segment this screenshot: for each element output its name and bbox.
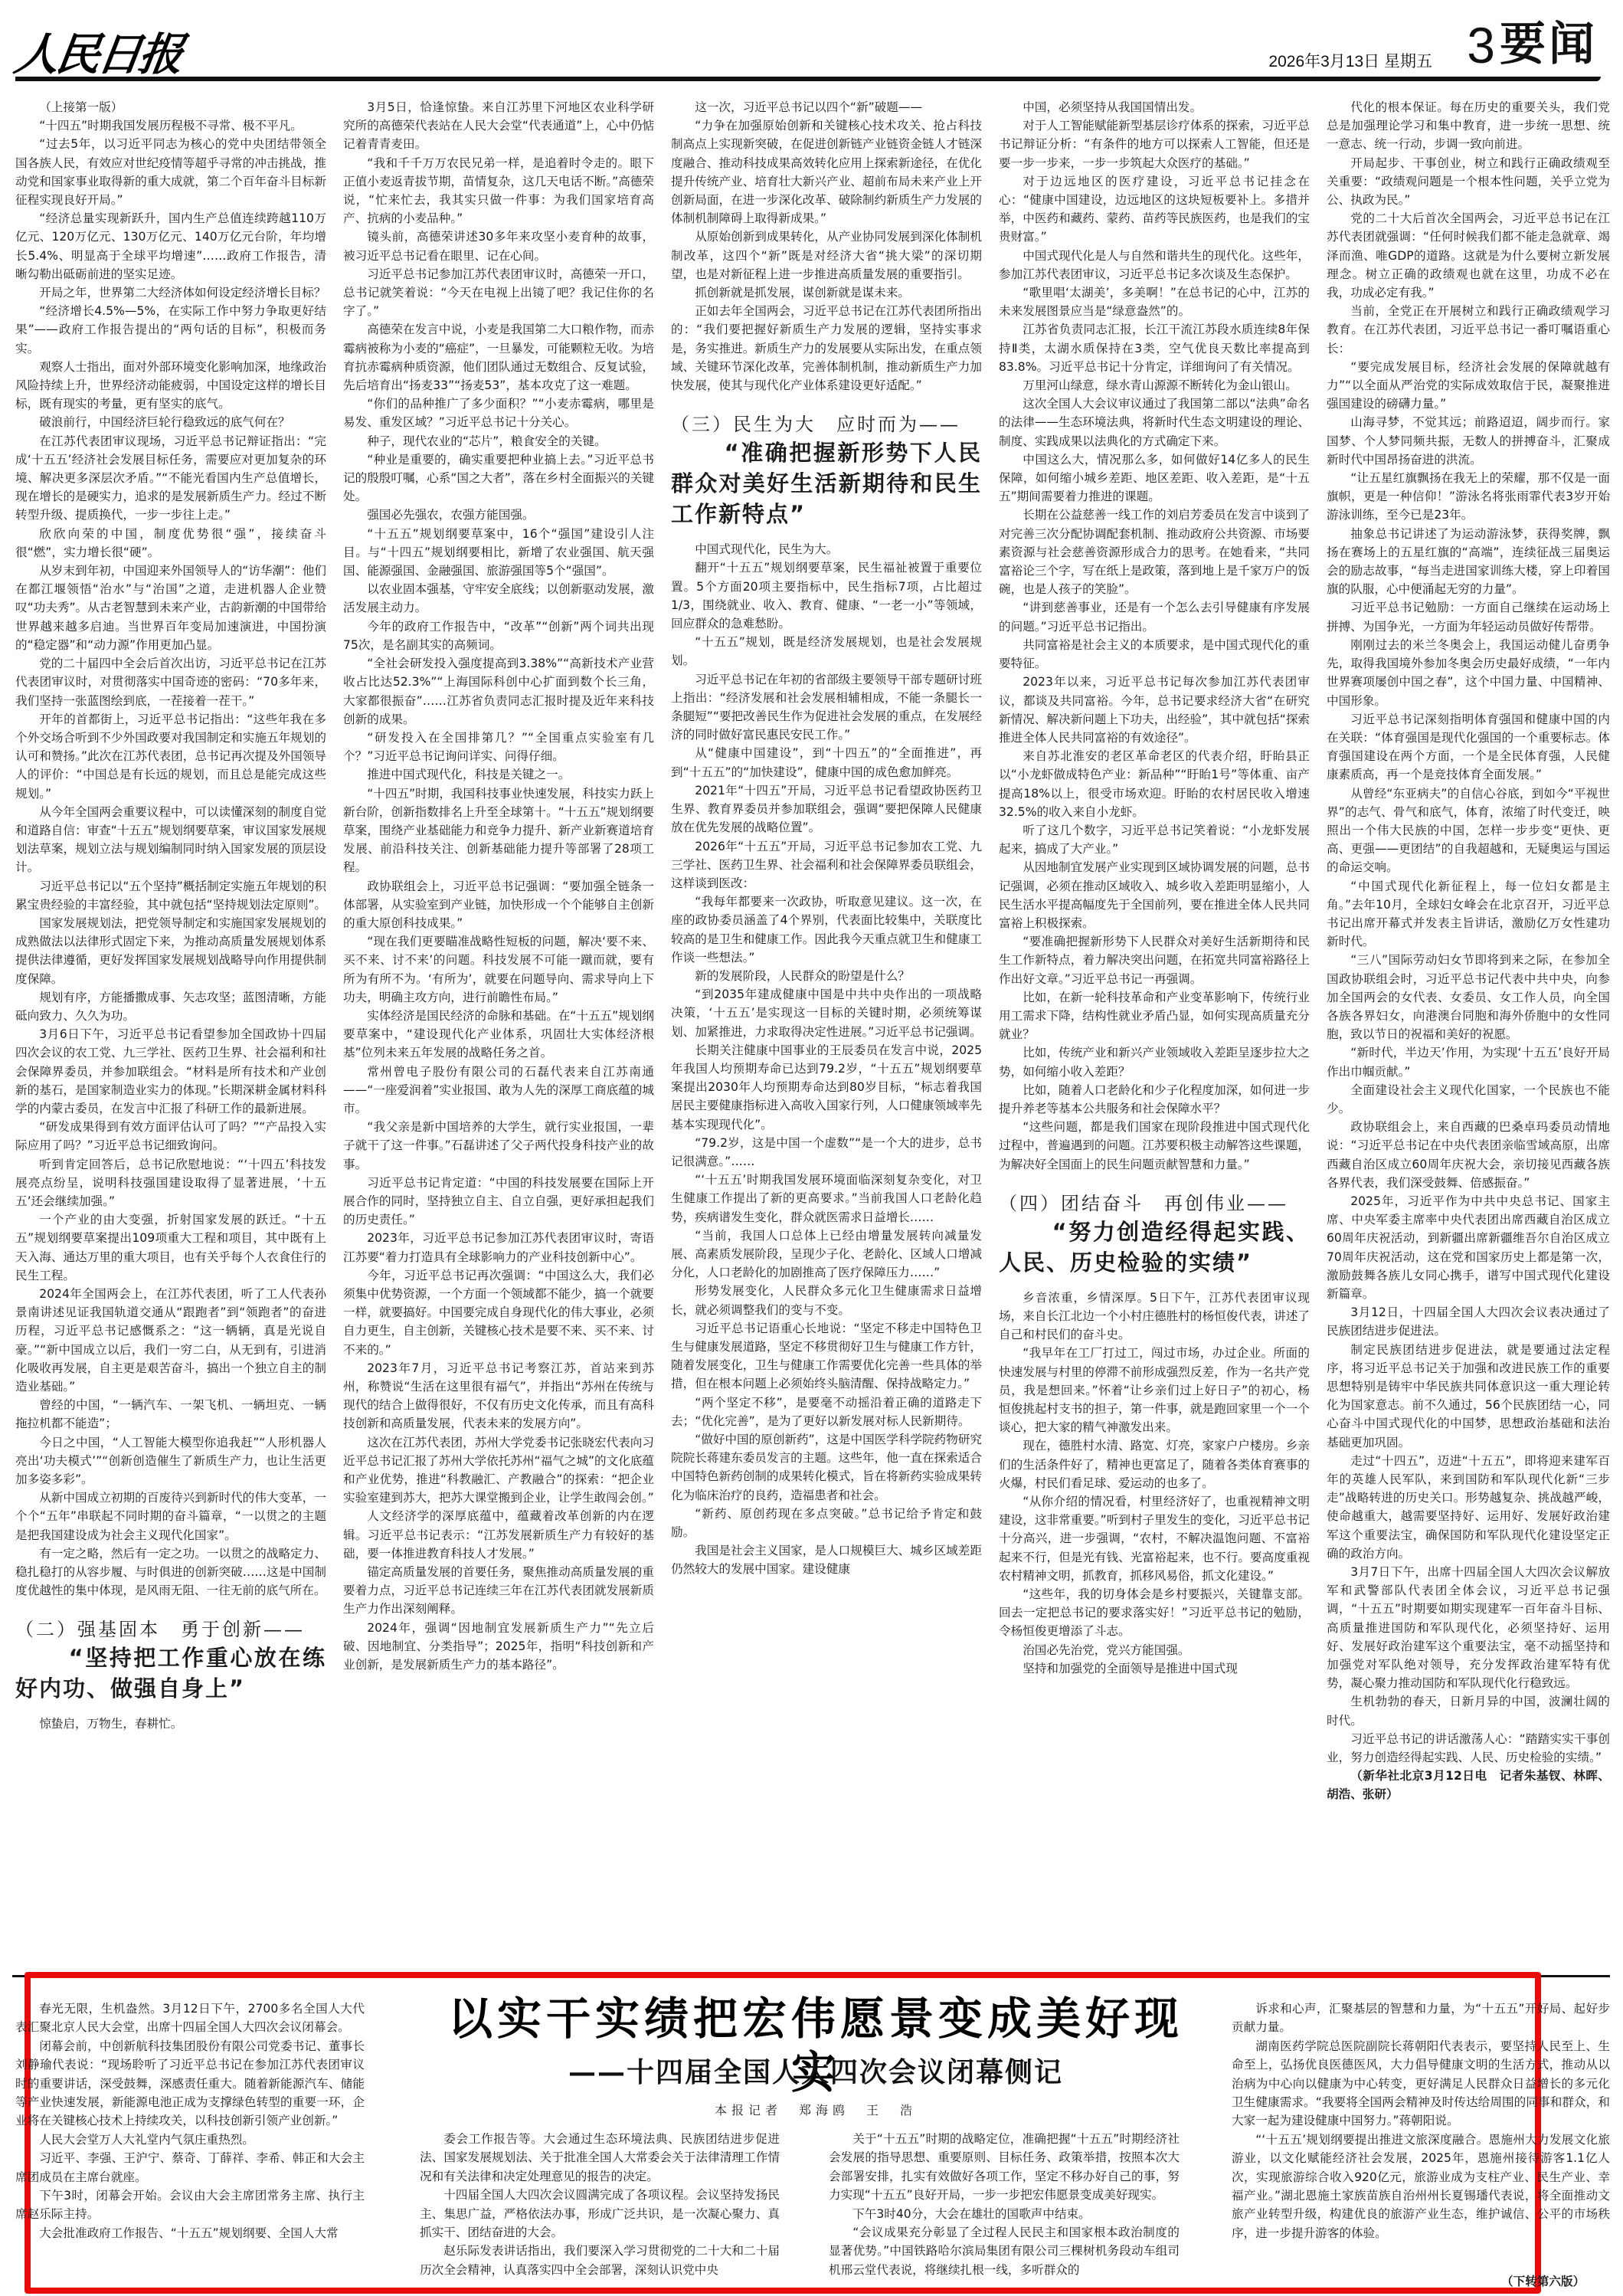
- paragraph: 从今年全国两会重要议程中，可以读懂深刻的制度自觉和道路自信：审查“十五五”规划纲…: [15, 803, 326, 877]
- feature-column-4: 诉求和心声，汇聚基层的智慧和力量，为“十五五”开好局、起好步贡献力量。湖南医药学…: [1232, 2000, 1610, 2291]
- paragraph: “研发成果得到有效方面评估认可了吗？”“产品投入实际应用了吗？”习近平总书记细致…: [15, 1118, 326, 1155]
- paragraph: “让五星红旗飘扬在我无上的荣耀，那不仅是一面旗帜，更是一种信仰！”游泳名将张雨霏…: [1327, 469, 1610, 525]
- paragraph: 来自苏北淮安的老区革命老区的代表介绍，盱眙县正以“小龙虾做成特色产业：新品种”“…: [999, 747, 1310, 821]
- feature-subtitle: ——十四届全国人大四次会议闭幕侧记: [429, 2055, 1203, 2090]
- paragraph: 对于人工智能赋能新型基层诊疗体系的探索，习近平总书记辩证分析：“有条件的地方可以…: [999, 116, 1310, 172]
- paragraph: 锚定高质量发展的首要任务，聚焦推动高质量发展的重要着力点，习近平总书记连续三年在…: [343, 1563, 654, 1619]
- paragraph: “现在我们更要瞄准战略性短板的问题，解决‘要不来、买不来、讨不来’的问题。科技发…: [343, 932, 654, 1007]
- paragraph: 2023年以来，习近平总书记每次参加江苏代表团审议，都谈及共同富裕。今年，总书记…: [999, 673, 1310, 747]
- paragraph: “这些问题，都是我们国家在现阶段推进中国式现代化过程中，普遍遇到的问题。江苏要积…: [999, 1118, 1310, 1174]
- section-3-title: “准确把握新形势下人民群众对美好生活新期待和民生工作新特点”: [671, 437, 982, 529]
- section-3-heading: （三）民生为大 应时而为—— “准确把握新形势下人民群众对美好生活新期待和民生工…: [671, 411, 982, 529]
- paragraph: 听到肯定回答后，总书记欣慰地说：“‘十四五’科技发展亮点纷呈，说明科技强国建设取…: [15, 1155, 326, 1211]
- paragraph: 乡音浓重，乡情深厚。5日下午，江苏代表团审议现场，来自长江北边一个小村庄德胜村的…: [999, 1289, 1310, 1345]
- paragraph: 从因地制宜发展产业实现到区域协调发展的问题，总书记强调，必须在推动区域收入、城乡…: [999, 858, 1310, 932]
- paragraph: 比如，传统产业和新兴产业领域收入差距呈逐步拉大之势，如何缩小收入差距？: [999, 1043, 1310, 1080]
- column-4-body: 中国，必须坚持从我国国情出发。对于人工智能赋能新型基层诊疗体系的探索，习近平总书…: [999, 98, 1310, 1174]
- paragraph: “十五五”规划纲要草案中，16个“强国”建设引人注目。与“十四五”规划纲要相比，…: [343, 525, 654, 581]
- paragraph: “我父亲是新中国培养的大学生，就行实业报国，一辈子就干了这一件事。”石磊讲述了父…: [343, 1118, 654, 1174]
- paragraph: 诉求和心声，汇聚基层的智慧和力量，为“十五五”开好局、起好步贡献力量。: [1232, 2000, 1610, 2037]
- paragraph: 2023年7月，习近平总书记考察江苏，首站来到苏州，称赞说“生活在这里很有福气”…: [343, 1359, 654, 1433]
- feature-column-3: 关于“十五五”时期的战略定位，准确把握“十五五”时期经济社会发展的指导思想、重要…: [829, 2130, 1180, 2291]
- paragraph: 从原始创新到成果转化，从产业协同发展到深化体制机制改革，这四个“新”既是对经济大…: [671, 228, 982, 283]
- paragraph: 2026年“十五五”开局，习近平总书记参加农工党、九三学社、医药卫生界、社会福利…: [671, 837, 982, 893]
- paragraph: 抓创新就是抓发展，谋创新就是谋未来。: [671, 283, 982, 302]
- paragraph: 春光无限，生机盎然。3月12日下午，2700多名全国人大代表汇聚北京人民大会堂，…: [15, 2000, 365, 2037]
- masthead-rule: [15, 77, 1601, 81]
- section-2-title: “坚持把工作重心放在练好内功、做强自身上”: [15, 1643, 326, 1704]
- paragraph: “两个坚定不移”，是要毫不动摇沿着正确的道路走下去；“优化完善”，是为了更好以新…: [671, 1394, 982, 1430]
- paragraph: （上接第一版）: [15, 98, 326, 116]
- paragraph: 习近平、李强、王沪宁、蔡奇、丁薛祥、李希、韩正和大会主席团成员在主席台就座。: [15, 2149, 365, 2186]
- paragraph: “三八”国际劳动妇女节即将到来之际，在参加全国政协联组会时，习近平总书记代表中共…: [1327, 951, 1610, 1043]
- paragraph: 3月7日下午，出席十四届全国人大四次会议解放军和武警部队代表团全体会议，习近平总…: [1327, 1563, 1610, 1692]
- paragraph: “我每年都要来一次政协，听取意见建议。这一次，在座的政协委员涵盖了4个界别，代表…: [671, 893, 982, 967]
- paragraph: “会议成果充分彰显了全过程人民民主和国家根本政治制度的显著优势。”中国铁路哈尔滨…: [829, 2223, 1180, 2279]
- paragraph: 强国必先强农，农强方能国强。: [343, 506, 654, 524]
- paragraph: 坚持和加强党的全面领导是推进中国式现: [999, 1659, 1310, 1678]
- paragraph: 高德荣在发言中说，小麦是我国第二大口粮作物，而赤霉病被称为小麦的“癌症”，一旦暴…: [343, 320, 654, 395]
- paragraph: “全社会研发投入强度提高到3.38%”“高新技术产业营收占比达52.3%”“上海…: [343, 654, 654, 729]
- paragraph: 种子，现代农业的“芯片”，粮食安全的关键。: [343, 432, 654, 450]
- paragraph: 欣欣向荣的中国，制度优势很“强”，接续奋斗很“燃”，实力增长很“硬”。: [15, 525, 326, 562]
- paragraph: 正如去年全国两会，习近平总书记在江苏代表团所指出的：“我们要把握好新质生产力发展…: [671, 302, 982, 395]
- paragraph: 3月5日，恰逢惊蛰。来自江苏里下河地区农业科学研究所的高德荣代表站在人民大会堂“…: [343, 98, 654, 154]
- paragraph: 长期关注健康中国事业的王辰委员在发言中说，2025年我国人均预期寿命已达到79.…: [671, 1041, 982, 1134]
- paragraph: 从新中国成立初期的百废待兴到新时代的伟大变革，一个个“五年”串联起不同时期的奋斗…: [15, 1489, 326, 1544]
- paragraph: 江苏省负责同志汇报，长江干流江苏段水质连续8年保持Ⅱ类，太湖水质保持在3类，空气…: [999, 320, 1310, 376]
- paragraph: 政协联组会上，来自西藏的巴桑卓玛委员动情地说：“习近平总书记在中央代表团亲临雪域…: [1327, 1118, 1610, 1192]
- column-1-body: （上接第一版）“十四五”时期我国发展历程极不寻常、极不平凡。“过去5年，以习近平…: [15, 98, 326, 1600]
- paragraph: 习近平总书记肯定道：“中国的科技发展要在国际上开展合作的同时，坚持独立自主、自立…: [343, 1174, 654, 1230]
- paragraph: 以农业固本强基，守牢安全底线；以创新驱动发展，激活发展主动力。: [343, 580, 654, 617]
- paragraph: 开局之年，世界第二大经济体如何设定经济增长目标？: [15, 283, 326, 302]
- paragraph: 人民大会堂万人大礼堂内气氛庄重热烈。: [15, 2131, 365, 2149]
- paragraph: 习近平总书记参加江苏代表团审议时，高德荣一开口，总书记就笑着说：“今天在电视上出…: [343, 265, 654, 321]
- article-credit: （新华社北京3月12日电 记者朱基钗、林晖、胡浩、张研）: [1327, 1767, 1610, 1803]
- paragraph: 习近平总书记勉励：一方面自己继续在运动场上拼搏、为国争光，一方面为年轻运动员做好…: [1327, 598, 1610, 635]
- paragraph: 代化的根本保证。每在历史的重要关头，我们党总是加强理论学习和集中教育，进一步统一…: [1327, 98, 1610, 154]
- section-2-heading: （二）强基固本 勇于创新—— “坚持把工作重心放在练好内功、做强自身上”: [15, 1616, 326, 1704]
- paragraph: 我国是社会主义国家，是人口规模巨大、城乡区域差距仍然较大的发展中国家。建设健康: [671, 1541, 982, 1578]
- paragraph: “种业是重要的，确实重要把种业搞上去。”习近平总书记的殷殷叮嘱，心系“国之大者”…: [343, 450, 654, 506]
- paragraph: 党的二十大后首次全国两会，习近平总书记在江苏代表团就强调：“任何时候我们都不能走…: [1327, 209, 1610, 302]
- article-column-1: （上接第一版）“十四五”时期我国发展历程极不寻常、极不平凡。“过去5年，以习近平…: [15, 98, 326, 1952]
- paragraph: 习近平总书记深刻指明体育强国和健康中国的内在关联：“体育强国是现代化强国的一个重…: [1327, 710, 1610, 784]
- newspaper-logo: 人民日报: [11, 18, 185, 83]
- paragraph: “中国式现代化新征程上，每一位妇女都是主角。”去年10月，全球妇女峰会在北京召开…: [1327, 877, 1610, 951]
- paragraph: 听了这几个数字，习近平总书记笑着说：“小龙虾发展起来，搞成了大产业。”: [999, 821, 1310, 858]
- masthead: 人民日报 2026年3月13日 星期五 3 要闻: [15, 15, 1608, 78]
- paragraph: 2024年，强调“因地制宜发展新质生产力”“先立后破、因地制宜、分类指导”；20…: [343, 1619, 654, 1675]
- continued-on-page-6: （下转第六版）: [1501, 2272, 1608, 2292]
- paragraph: 走过“十四五”，迈进“十五五”，即将迎来建军百年的英雄人民军队，来到国防和军队现…: [1327, 1452, 1610, 1563]
- paragraph: “力争在加强原始创新和关键核心技术攻关、抢占科技制高点上实现新突破，在促进创新链…: [671, 116, 982, 228]
- paragraph: 今年，习近平总书记再次强调：“中国这么大，我们必须集中优势资源，一个方面一个领域…: [343, 1266, 654, 1359]
- paragraph: 镜头前，高德荣讲述30多年来攻坚小麦育种的故事，被习近平总书记看在眼里、记在心间…: [343, 228, 654, 264]
- paragraph: 2023年，习近平总书记参加江苏代表团审议时，寄语江苏要“着力打造具有全球影响力…: [343, 1229, 654, 1266]
- paragraph: “经济总量实现新跃升，国内生产总值连续跨越110万亿元、120万亿元、130万亿…: [15, 209, 326, 283]
- paragraph: “要完成发展目标，经济社会发展的保障就越有力”“以全面从严治党的实际成效取信于民…: [1327, 358, 1610, 414]
- paragraph: 新的发展阶段，人民群众的盼望是什么？: [671, 967, 982, 985]
- paragraph: 生机勃勃的春天，日新月异的中国，波澜壮阔的时代。: [1327, 1692, 1610, 1729]
- paragraph: 下午3时，闭幕会开始。会议由大会主席团常务主席、执行主席赵乐际主持。: [15, 2186, 365, 2224]
- paragraph: 国家发展规划法，把党领导制定和实施国家发展规划的成熟做法以法律形式固定下来，为推…: [15, 914, 326, 988]
- paragraph: 这次全国人大会议审议通过了我国第二部以“法典”命名的法律——生态环境法典，将新时…: [999, 395, 1310, 450]
- paragraph: “‘十五五’时期我国发展环境面临深刻复杂变化，对卫生健康工作提出了新的更高要求。…: [671, 1171, 982, 1227]
- paragraph: 翻开“十五五”规划纲要草案，民生福祉被置于重要位置。5个方面20项主要指标中，民…: [671, 558, 982, 633]
- section-2-kicker: （二）强基固本 勇于创新——: [15, 1616, 326, 1643]
- paragraph: 习近平总书记在年初的省部级主要领导干部专题研讨班上指出：“经济发展和社会发展相辅…: [671, 670, 982, 745]
- paragraph: “十五五”规划，既是经济发展规划，也是社会发展规划。: [671, 633, 982, 670]
- paragraph: “讲到慈善事业，还是有一个怎么去引导健康有序发展的问题。”习近平总书记指出。: [999, 598, 1310, 635]
- article-column-3: 这一次，习近平总书记以四个“新”破题——“力争在加强原始创新和关键核心技术攻关、…: [671, 98, 982, 1967]
- paragraph: 3月6日下午，习近平总书记看望参加全国政协十四届四次会议的农工党、九三学社、医药…: [15, 1025, 326, 1118]
- feature-column-2: 委会工作报告等。大会通过生态环境法典、民族团结进步促进法、国家发展规划法、关于批…: [420, 2130, 780, 2291]
- paragraph: 当前，全党正在开展树立和践行正确政绩观学习教育。在江苏代表团，习近平总书记一番叮…: [1327, 302, 1610, 358]
- paragraph: 开年的首都街上，习近平总书记指出：“这些年我在多个外交场合听到不少外国政要对我国…: [15, 710, 326, 803]
- paragraph: 人文经济学的深厚底蕴中，蕴藏着改革创新的内在逻辑。习近平总书记表示：“江苏发展新…: [343, 1507, 654, 1563]
- paragraph: 开局起步、干事创业，树立和践行正确政绩观至关重要：“政绩观问题是一个根本性问题，…: [1327, 154, 1610, 210]
- feature-byline: 本报记者 郑海鸥 王 浩: [429, 2101, 1203, 2118]
- paragraph: 2021年“十四五”开局，习近平总书记看望政协医药卫生界、教育界委员并参加联组会…: [671, 781, 982, 837]
- paragraph: 下午3时40分，大会在雄壮的国歌声中结束。: [829, 2205, 1180, 2223]
- column-4-after-heading: 乡音浓重，乡情深厚。5日下午，江苏代表团审议现场，来自长江北边一个小村庄德胜村的…: [999, 1289, 1310, 1678]
- paragraph: 从岁末到年初，中国迎来外国领导人的“访华潮”：他们在都江堰领悟“治水”与“治国”…: [15, 562, 326, 654]
- feature-column-1: 春光无限，生机盎然。3月12日下午，2700多名全国人大代表汇聚北京人民大会堂，…: [15, 2000, 365, 2291]
- paragraph: “我早年在工厂打过工，闯过市场，办过企业。所面的快速发展与村里的停滞不前形成强烈…: [999, 1344, 1310, 1436]
- paragraph: “十四五”时期，我国科技事业快速发展，科技实力跃上新台阶，创新指数排名上升至全球…: [343, 784, 654, 877]
- paragraph: 今年的政府工作报告中，“改革”“创新”两个词共出现75次，是名副其实的高频词。: [343, 617, 654, 654]
- paragraph: 实体经济是国民经济的命脉和基础。在“十五五”规划纲要草案中，“建设现代化产业体系…: [343, 1007, 654, 1063]
- paragraph: “你们的品种推广了多少面积？”“小麦赤霉病，哪里是易发、重发区域？”习近平总书记…: [343, 395, 654, 431]
- paragraph: 一个产业的由大变强，折射国家发展的跃迁。“十五五”规划纲要草案提出109项重大工…: [15, 1210, 326, 1285]
- paragraph: 2024年全国两会上，在江苏代表团，听了工人代表孙景南讲述见证我国轨道交通从“跟…: [15, 1285, 326, 1396]
- paragraph: 制定民族团结进步促进法，就是要通过法定程序，将习近平总书记关于加强和改进民族工作…: [1327, 1341, 1610, 1452]
- paragraph: 规划有序，方能播撒成事、矢志攻坚；蓝图清晰，方能砥向致力、久久为功。: [15, 988, 326, 1025]
- article-column-2: 3月5日，恰逢惊蛰。来自江苏里下河地区农业科学研究所的高德荣代表站在人民大会堂“…: [343, 98, 654, 1967]
- column-2-body: 3月5日，恰逢惊蛰。来自江苏里下河地区农业科学研究所的高德荣代表站在人民大会堂“…: [343, 98, 654, 1674]
- paragraph: 赵乐际发表讲话指出，我们要深入学习贯彻党的二十大和二十届历次全会精神，认真落实四…: [420, 2242, 780, 2279]
- paragraph: “新药、原创药现在多点突破。”总书记给予肯定和鼓励。: [671, 1505, 982, 1541]
- paragraph: 破浪前行，中国经济巨轮行稳致远的底气何在？: [15, 413, 326, 431]
- section-4-title: “努力创造经得起实践、人民、历史检验的实绩”: [999, 1217, 1310, 1278]
- paragraph: “当前，我国人口总体上已经由增量发展转向减量发展、高素质发展阶段，呈现少子化、老…: [671, 1227, 982, 1282]
- paragraph: “这些年，我的切身体会是乡村要振兴，关键靠支部。回去一定把总书记的要求落实好！”…: [999, 1585, 1310, 1641]
- section-4-heading: （四）团结奋斗 再创伟业—— “努力创造经得起实践、人民、历史检验的实绩”: [999, 1191, 1310, 1278]
- paragraph: 委会工作报告等。大会通过生态环境法典、民族团结进步促进法、国家发展规划法、关于批…: [420, 2130, 780, 2186]
- paragraph: 习近平总书记语重心长地说：“坚定不移走中国特色卫生与健康发展道路，坚定不移贯彻好…: [671, 1319, 982, 1394]
- paragraph: 中国式现代化，民生为大。: [671, 540, 982, 558]
- paragraph: 观察人士指出，面对外部环境变化影响加深，地缘政治风险持续上升，世界经济动能疲弱，…: [15, 358, 326, 414]
- paragraph: 中国这么大，情况那么多，如何做好14亿多人的民生保障，如何缩小城乡差距、地区差距…: [999, 450, 1310, 506]
- paragraph: 从曾经“东亚病夫”的自信心谷底，到如今“平视世界”的志气、骨气和底气，体育，浓缩…: [1327, 784, 1610, 877]
- section-3-kicker: （三）民生为大 应时而为——: [671, 411, 982, 437]
- paragraph: 治国必先治党，党兴方能国强。: [999, 1641, 1310, 1659]
- paragraph: “十四五”时期我国发展历程极不寻常、极不平凡。: [15, 116, 326, 135]
- paragraph: 大会批准政府工作报告、“十五五”规划纲要、全国人大常: [15, 2224, 365, 2242]
- column-1-after-heading: 惊蛰启，万物生，春耕忙。: [15, 1715, 326, 1733]
- paragraph: 习近平总书记的讲话激荡人心：“踏踏实实干事创业，努力创造经得起实践、人民、历史检…: [1327, 1730, 1610, 1767]
- paragraph: 中国，必须坚持从我国国情出发。: [999, 98, 1310, 116]
- paragraph: 推进中国式现代化，科技是关键之一。: [343, 765, 654, 784]
- paragraph: 比如，在新一轮科技革命和产业变革影响下，传统行业用工需求下降，结构性就业矛盾凸显…: [999, 988, 1310, 1044]
- paragraph: 惊蛰启，万物生，春耕忙。: [15, 1715, 326, 1733]
- paragraph: 3月12日，十四届全国人大四次会议表决通过了民族团结进步促进法。: [1327, 1303, 1610, 1340]
- paragraph: “要准确把握新形势下人民群众对美好生活新期待和民生工作新特点，着力解决突出问题，…: [999, 932, 1310, 988]
- paragraph: 2025年，习近平作为中共中央总书记、国家主席、中央军委主席率中央代表团出席西藏…: [1327, 1192, 1610, 1303]
- paragraph: 现在，德胜村水清、路宽、灯亮，家家户户楼房。乡亲们的生活条件好了，精神也更富足了…: [999, 1436, 1310, 1492]
- paragraph: “做好中国的原创新药”，这是中国医学科学院药物研究院院长蒋建东委员发言的主题。这…: [671, 1430, 982, 1505]
- paragraph: 抽象总书记讲述了为运动游泳梦，获得奖牌，飘扬在赛场上的五星红旗的“高端”，连续征…: [1327, 525, 1610, 599]
- paragraph: 全面建设社会主义现代化国家，一个民族也不能少。: [1327, 1081, 1610, 1118]
- paragraph: 形势发展变化，人民群众多元化卫生健康需求日益增长，就必须调整我们的变与不变。: [671, 1282, 982, 1318]
- paragraph: 从“健康中国建设”，到“十四五”的“全面推进”，再到“十五五”的“加快建设”，健…: [671, 744, 982, 781]
- paragraph: 对于边远地区的医疗建设，习近平总书记挂念在心：“健康中国建设，边远地区的这块短板…: [999, 172, 1310, 247]
- paragraph: 中国式现代化是人与自然和谐共生的现代化。这些年，参加江苏代表团审议，习近平总书记…: [999, 247, 1310, 283]
- paragraph: “研发投入在全国排第几？”“全国重点实验室有几个？”习近平总书记询问详实、问得仔…: [343, 729, 654, 765]
- paragraph: 十四届全国人大四次会议圆满完成了各项议程。会议坚持发扬民主、集思广益，严格依法办…: [420, 2186, 780, 2242]
- paragraph: “经济增长4.5%—5%，在实际工作中努力争取更好结果”——政府工作报告提出的“…: [15, 302, 326, 358]
- section-4-kicker: （四）团结奋斗 再创伟业——: [999, 1191, 1310, 1217]
- paragraph: 关于“十五五”时期的战略定位，准确把握“十五五”时期经济社会发展的指导思想、重要…: [829, 2130, 1180, 2205]
- paragraph: 政协联组会上，习近平总书记强调：“要加强全链条一体部署，从实验室到产业链，加快形…: [343, 877, 654, 933]
- paragraph: “从你介绍的情况看，村里经济好了，也重视精神文明建设，这非常重要。”听到村子里发…: [999, 1492, 1310, 1585]
- section-name: 要闻: [1500, 21, 1598, 67]
- paragraph: “我和千千万万农民兄弟一样，是追着时令走的。眼下正值小麦返青拔节期，苗情复杂，这…: [343, 154, 654, 228]
- paragraph: 闭幕会前，中创新航科技集团股份有限公司党委书记、董事长刘静瑜代表说：“现场聆听了…: [15, 2037, 365, 2131]
- paragraph: 习近平总书记以“五个坚持”概括制定实施五年规划的积累宝贵经验的丰富经验，其中就包…: [15, 877, 326, 914]
- paragraph: 曾经的中国，“一辆汽车、一架飞机、一辆坦克、一辆拖拉机都不能造”；: [15, 1396, 326, 1433]
- paragraph: “歌里唱‘太湖美’，多美啊！”在总书记的心中，江苏的未来发展图景应当是“绿意盎然…: [999, 283, 1310, 320]
- paragraph: 湖南医药学院总医院副院长蒋朝阳代表表示，要坚持人民至上、生命至上，弘扬优良医德医…: [1232, 2037, 1610, 2131]
- paragraph: 长期在公益慈善一线工作的刘启芳委员在发言中谈到了对完善三次分配协调配套机制、推动…: [999, 506, 1310, 598]
- paragraph: 常州曾电子股份有限公司的石磊代表来自江苏南通——“一座爱润着”实业报国、敢为人先…: [343, 1063, 654, 1119]
- paragraph: 山海寻梦，不觉其远；前路迢迢，阔步而行。家国梦、个人梦同频共振，无数人的拼搏奋斗…: [1327, 413, 1610, 469]
- issue-date: 2026年3月13日 星期五: [1268, 49, 1432, 72]
- paragraph: 今日之中国，“人工智能大模型你追我赶”“人形机器人亮出‘功夫模式’”“创新创造催…: [15, 1433, 326, 1489]
- column-3-after-heading: 中国式现代化，民生为大。翻开“十五五”规划纲要草案，民生福祉被置于重要位置。5个…: [671, 540, 982, 1578]
- page-number: 3: [1467, 20, 1495, 70]
- paragraph: 比如，随着人口老龄化和少子化程度加深，如何进一步提升养老等基本公共服务和社会保障…: [999, 1081, 1310, 1118]
- paragraph: “到2035年建成健康中国是中共中央作出的一项战略决策，‘十五五’是实现这一目标…: [671, 985, 982, 1041]
- paragraph: “过去5年，以习近平同志为核心的党中央团结带领全国各族人民，有效应对世纪疫情等超…: [15, 135, 326, 209]
- paragraph: 在江苏代表团审议现场，习近平总书记辩证指出：“完成‘十五五’经济社会发展目标任务…: [15, 432, 326, 525]
- article-column-5: 代化的根本保证。每在历史的重要关头，我们党总是加强理论学习和集中教育，进一步统一…: [1327, 98, 1610, 1967]
- paragraph: 刚刚过去的米兰冬奥会上，我国运动健儿奋勇争先，取得我国境外参加冬奥会历史最好成绩…: [1327, 636, 1610, 710]
- paragraph: 党的二十届四中全会后首次出访，习近平总书记在江苏代表团审议时，对贯彻落实中国奇迹…: [15, 654, 326, 710]
- paragraph: 这一次，习近平总书记以四个“新”破题——: [671, 98, 982, 116]
- paragraph: “新时代，半边天’作用，为实现‘十五五’良好开局作出巾帼贡献。”: [1327, 1043, 1610, 1080]
- column-5-body: 代化的根本保证。每在历史的重要关头，我们党总是加强理论学习和集中教育，进一步统一…: [1327, 98, 1610, 1767]
- article-column-4: 中国，必须坚持从我国国情出发。对于人工智能赋能新型基层诊疗体系的探索，习近平总书…: [999, 98, 1310, 1967]
- column-3-body: 这一次，习近平总书记以四个“新”破题——“力争在加强原始创新和关键核心技术攻关、…: [671, 98, 982, 395]
- paragraph: “‘十五五’规划纲要提出推进文旅深度融合。恩施州大力发展文化旅游业，以文化赋能经…: [1232, 2131, 1610, 2242]
- paragraph: 这次在江苏代表团，苏州大学党委书记张晓宏代表向习近平总书记汇报了苏州大学依托苏州…: [343, 1433, 654, 1508]
- paragraph: “79.2岁，这是中国一个虚数”“是一个大的进步，总书记很满意。”……: [671, 1134, 982, 1171]
- paragraph: 有一定之略，然后有一定之功。一以贯之的战略定力、稳扎稳打的从容步履、与时俱进的创…: [15, 1544, 326, 1600]
- paragraph: 万里河山绿意，绿水青山源源不断转化为金山银山。: [999, 376, 1310, 395]
- paragraph: 共同富裕是社会主义的本质要求，是中国式现代化的重要特征。: [999, 636, 1310, 673]
